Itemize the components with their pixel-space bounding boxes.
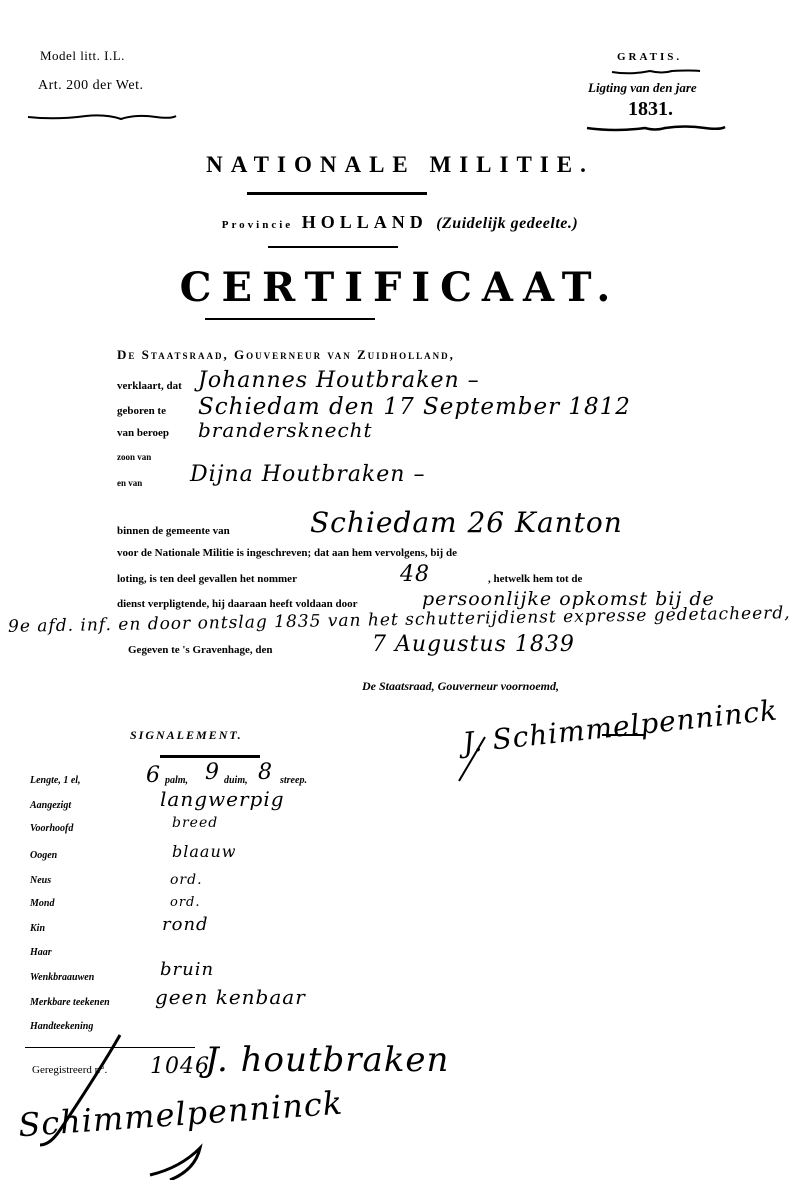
- signalement-label-wenkbraauwen: Wenkbraauwen: [30, 972, 94, 983]
- streep-label: streep.: [280, 775, 307, 786]
- title-divider-2: [268, 246, 398, 248]
- province-prefix: Provincie: [222, 219, 293, 231]
- lengte-palm-value: 6: [146, 763, 161, 788]
- signalement-value-neus: ord.: [170, 872, 203, 888]
- gratis-flourish: [610, 68, 702, 76]
- signalement-value-voorhoofd: breed: [172, 815, 218, 831]
- ingeschreven-line: voor de Nationale Militie is ingeschreve…: [117, 547, 457, 559]
- signalement-value-aangezigt: langwerpig: [160, 787, 285, 811]
- lichting-label: Ligting van den jare: [588, 80, 697, 96]
- clerk-signature-flourish: [20, 1030, 210, 1180]
- signalement-label-mond: Mond: [30, 898, 54, 909]
- province-name: HOLLAND: [302, 212, 428, 232]
- issue-date-value: 7 Augustus 1839: [372, 632, 575, 657]
- gemeente-value: Schiedam 26 Kanton: [310, 506, 623, 539]
- province-subtitle: (Zuidelijk gedeelte.): [436, 215, 578, 232]
- model-reference: Model litt. I.L.: [40, 48, 125, 64]
- name-value: Johannes Houtbraken –: [198, 368, 480, 393]
- verklaart-label: verklaart, dat: [117, 380, 182, 392]
- holder-signature: J. houtbraken: [205, 1040, 449, 1080]
- lichting-flourish: [585, 124, 727, 134]
- signalement-label-merkbare-teekenen: Merkbare teekenen: [30, 997, 110, 1008]
- lengte-streep-value: 8: [258, 760, 273, 785]
- signalement-value-merkbare-teekenen: geen kenbaar: [155, 985, 306, 1009]
- signalement-label-haar: Haar: [30, 947, 52, 958]
- closing-line: De Staatsraad, Gouverneur voornoemd,: [362, 679, 559, 694]
- occupation-value: brandersknecht: [198, 418, 373, 442]
- document-title-certificaat: CERTIFICAAT.: [0, 264, 800, 311]
- signalement-value-wenkbraauwen: bruin: [160, 959, 214, 980]
- lengte-duim-value: 9: [205, 760, 220, 785]
- en-label: en van: [117, 478, 142, 488]
- signalement-value-mond: ord.: [170, 895, 201, 910]
- lengte-label: Lengte, 1 el,: [30, 775, 81, 786]
- signalement-label-neus: Neus: [30, 875, 51, 886]
- issuer-line: De Staatsraad, Gouverneur van Zuidhollan…: [117, 347, 455, 363]
- zoon-label: zoon van: [117, 452, 151, 462]
- loting-line-a: loting, is ten deel gevallen het nommer: [117, 573, 297, 585]
- title-divider-1: [247, 192, 427, 195]
- governor-signature: J. Schimmelpenninck: [461, 694, 779, 760]
- birth-place-date-value: Schiedam den 17 September 1812: [198, 394, 631, 420]
- duim-label: duim,: [224, 775, 248, 786]
- loting-line-b: , hetwelk hem tot de: [488, 573, 582, 585]
- parent-value: Dijna Houtbraken –: [190, 462, 425, 487]
- gegeven-label: Gegeven te 's Gravenhage, den: [128, 644, 273, 656]
- beroep-label: van beroep: [117, 427, 169, 439]
- dienst-line: dienst verpligtende, hij daaraan heeft v…: [117, 598, 357, 610]
- title-divider-3: [205, 318, 375, 320]
- signalement-label-aangezigt: Aangezigt: [30, 800, 71, 811]
- gratis-stamp: GRATIS.: [617, 51, 682, 63]
- governor-signature-stroke: [455, 735, 495, 783]
- gemeente-label: binnen de gemeente van: [117, 525, 230, 537]
- lichting-year: 1831.: [628, 98, 673, 121]
- signalement-value-kin: rond: [162, 914, 209, 935]
- left-header-flourish: [26, 112, 178, 122]
- geboren-label: geboren te: [117, 405, 166, 417]
- signalement-label-voorhoofd: Voorhoofd: [30, 823, 73, 834]
- palm-label: palm,: [165, 775, 188, 786]
- governor-signature-underline: [602, 734, 644, 736]
- signalement-label-oogen: Oogen: [30, 850, 57, 861]
- signalement-label-kin: Kin: [30, 923, 45, 934]
- signalement-divider: [160, 755, 260, 758]
- article-reference: Art. 200 der Wet.: [38, 78, 143, 94]
- lot-number-value: 48: [400, 562, 430, 587]
- signalement-value-oogen: blaauw: [172, 842, 236, 861]
- province-line: Provincie HOLLAND (Zuidelijk gedeelte.): [0, 212, 800, 233]
- signalement-title: SIGNALEMENT.: [130, 728, 243, 743]
- document-title-militie: NATIONALE MILITIE.: [0, 152, 800, 178]
